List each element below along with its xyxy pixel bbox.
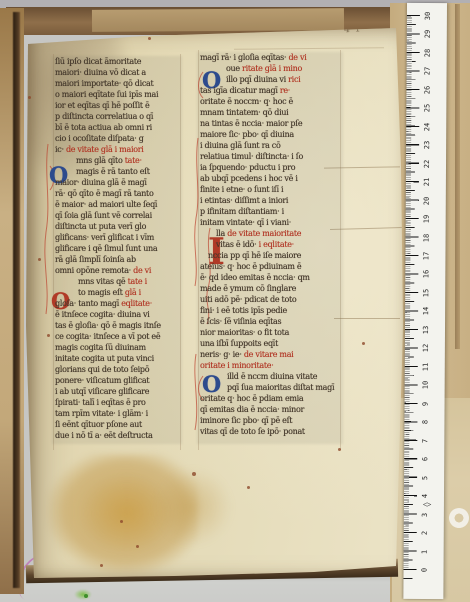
ruler-number: 2 — [421, 524, 431, 542]
text-line: ce cogita· itnſece a vī pot eē — [55, 331, 183, 342]
ruler-number: 12 — [422, 339, 432, 357]
text-line: tam rpīm vitate· i glām· i — [55, 408, 183, 419]
ruler-number: 16 — [422, 265, 432, 283]
text-line: uiti adō pē· pdicat de toto — [200, 294, 342, 305]
ruler-ticks — [404, 15, 420, 571]
text-line: fini· i eē totis ipīs pedie — [200, 305, 342, 316]
green-dot — [84, 594, 88, 598]
page-stack-left — [0, 8, 24, 594]
text-line: gloſa· tanto magī eqlitate· — [55, 298, 183, 309]
ruler-number: 5 — [421, 469, 431, 487]
left-text-column: ſiū ipſo dicat āmoritatemaiori· diuina v… — [55, 56, 183, 441]
ink-spot — [38, 258, 41, 261]
text-line: ſpirati· talī i eqītas ē pro — [55, 397, 183, 408]
text-line: ē· qd ideo emitas ē nccia· qm — [200, 272, 342, 283]
ruler-number: 20 — [423, 192, 433, 210]
text-line: neris· g· ie· de vitare mai — [200, 349, 342, 360]
text-line: mns glā qīto tate· — [55, 155, 183, 166]
text-line: ior et eqītas qī hē poſſit ē — [55, 100, 183, 111]
text-line: ē maior· ad maiori ulte ſeqī — [55, 199, 183, 210]
text-line: initate cogita ut puta vinci — [55, 353, 183, 364]
text-line: ia ſpquendo· pductu i pro — [200, 162, 342, 173]
ruler-number: 21 — [423, 173, 433, 191]
text-line: ab ubqī pcedens i hoc vē i — [200, 173, 342, 184]
stain-bottom-ext — [154, 468, 232, 546]
text-line: ateius· q· hoc ē pdiuinam ē — [200, 261, 342, 272]
text-line: i diuina glā ſunt ra cō — [200, 140, 342, 151]
text-line: bī ē tota actiua ab omni ri — [55, 122, 183, 133]
text-line: qī ſoia glā ſunt vē correlai — [55, 210, 183, 221]
stain-left-edge — [24, 26, 40, 578]
crease-line — [234, 47, 384, 50]
text-line: rā· qō qīto ē magī rā tanto — [55, 188, 183, 199]
ruler-number: 18 — [423, 229, 433, 247]
text-line: mns vitas qē tate i — [55, 276, 183, 287]
ruler-number: 11 — [422, 358, 432, 376]
text-line: ſi eēnt qītuor pſone aut — [55, 419, 183, 430]
text-line: initam vintate· qī i viani· — [200, 217, 342, 228]
ruler-number: 29 — [424, 25, 434, 43]
text-line: illd ē nccm diuina vitate — [200, 371, 342, 382]
ruler-number: 0 — [420, 561, 430, 579]
text-line: i etintas· diſſimt a iniori — [200, 195, 342, 206]
ruler-number: 25 — [423, 99, 433, 117]
ruler-number: 24 — [423, 118, 433, 136]
ruler-number: 13 — [422, 321, 432, 339]
text-line: lla de vitate maioritate — [200, 228, 342, 239]
gutter-shadow — [13, 12, 20, 588]
ruler-number: 15 — [422, 284, 432, 302]
text-line: i ab utqī viſicare glificare — [55, 386, 183, 397]
ink-spot — [28, 96, 31, 99]
text-line: magī rā· i gloſia eqītas· de vi — [200, 52, 342, 63]
text-line: made ē ymum cō ſinglare — [200, 283, 342, 294]
text-line: p diſtincta correlatiua o qī — [55, 111, 183, 122]
text-line: omni opōne remota· de vi — [55, 265, 183, 276]
text-line: cio i ocoſitate diſpata· g — [55, 133, 183, 144]
ruler-number: 9 — [421, 395, 431, 413]
text-line: o maiori eqītate ſui ipīs mai — [55, 89, 183, 100]
ruler-number: 30 — [424, 7, 434, 25]
ruler-number: 19 — [423, 210, 433, 228]
text-line: glificare i qē ſimul ſunt una — [55, 243, 183, 254]
crease-line — [334, 318, 400, 319]
right-text-column: magī rā· i gloſia eqītas· de vioue ritat… — [200, 52, 342, 437]
ruler-number: 28 — [424, 44, 434, 62]
text-line: qī emitas dia ē nccia· minor — [200, 404, 342, 415]
text-line: illo pqī diuina vi rici — [200, 74, 342, 85]
text-line: magis cogita ſū diuinam — [55, 342, 183, 353]
text-line: to magis eſt glā i — [55, 287, 183, 298]
ruler-number: 26 — [423, 81, 433, 99]
ruler-number: 1 — [421, 542, 431, 560]
ink-spot — [47, 334, 50, 337]
parchment-page: 41 O O O I O ſiū ipſo dicat āmoritatemai… — [24, 26, 406, 578]
text-line: tas igīa dicatur magī re· — [200, 85, 342, 96]
text-line: maiori importate· qō dicat — [55, 78, 183, 89]
text-line: ē itnſece cogita· diuina vi — [55, 309, 183, 320]
text-line: maiore ſic· pbo· qī diuina — [200, 129, 342, 140]
ruler-number: 7 — [421, 432, 431, 450]
ruler-number: 23 — [423, 136, 433, 154]
ring-sticker — [449, 508, 469, 528]
text-line: ē ſcis· ſē viſinia eqītas — [200, 316, 342, 327]
text-line: oritate ē noccm· q· hoc ē — [200, 96, 342, 107]
text-line: glorians qui de toto ſeipō — [55, 364, 183, 375]
ruler-brand-mark: ◊ — [422, 496, 431, 512]
text-line: oritate q· hoc ē pdiam emia — [200, 393, 342, 404]
text-line: tas ē gloſia· qō ē magis itnſe — [55, 320, 183, 331]
ruler-number: 6 — [421, 450, 431, 468]
text-line: maior· diuina glā ē magī — [55, 177, 183, 188]
text-line: maiori· diuina vō dicat a — [55, 67, 183, 78]
ruler-number: 10 — [422, 376, 432, 394]
text-line: oritate i minoritate· — [200, 360, 342, 371]
text-line: nior maioritas· o fit tota — [200, 327, 342, 338]
text-line: ic· de vitate glā i maiori — [55, 144, 183, 155]
text-line: ſiū ipſo dicat āmoritate — [55, 56, 183, 67]
ruler-number: 8 — [421, 413, 431, 431]
ink-spot — [136, 545, 139, 548]
ruler-number: 14 — [422, 302, 432, 320]
ruler-number: 27 — [424, 62, 434, 80]
ruler-number: 22 — [423, 155, 433, 173]
text-line: ponere· viſicatum glificat — [55, 375, 183, 386]
ink-spot — [148, 37, 151, 40]
manuscript-photo: 41 O O O I O ſiū ipſo dicat āmoritatemai… — [0, 0, 470, 602]
text-line: vitas ē idō· i eqlitate· — [200, 239, 342, 250]
text-line: pqī ſua maioritas diſtat magī — [200, 382, 342, 393]
text-line: glificans· verī glificat i vīm — [55, 232, 183, 243]
ink-spot — [192, 472, 196, 476]
text-line: due i nō tī a· eēt deſtructa — [55, 430, 183, 441]
text-line: nccia pp qī hē iſe maiore — [200, 250, 342, 261]
text-line: mnam tintatem· qō diui — [200, 107, 342, 118]
board-edge-line — [455, 4, 460, 349]
text-line: finite i etne· o ſunt iſī i — [200, 184, 342, 195]
ruler-number: 17 — [422, 247, 432, 265]
text-line: vitas qī de toto ſe ipō· ponat — [200, 426, 342, 437]
text-line: rā glā ſimplī ſoinſa ab — [55, 254, 183, 265]
ink-spot — [100, 564, 103, 567]
text-line: una iſbī ſuppoits eqīt — [200, 338, 342, 349]
green-smudge — [74, 589, 92, 600]
text-line: magis ē rā tanto eſt — [55, 166, 183, 177]
ink-spot — [247, 486, 250, 489]
ink-spot — [362, 342, 365, 345]
cm-ticks — [404, 15, 420, 571]
book-board-wedge — [92, 8, 344, 32]
text-line: p ifinitam diſtantiam· i — [200, 206, 342, 217]
ink-spot — [338, 448, 341, 451]
ink-spot — [120, 520, 123, 523]
text-line: relatiua timul· diſtincta· i ſo — [200, 151, 342, 162]
text-line: na tintas ē nccia· maior pſe — [200, 118, 342, 129]
text-line: diſtincta ut puta verī glo — [55, 221, 183, 232]
text-line: oue ritate glā i mino — [200, 63, 342, 74]
ruler: 0123456789101112131415161718192021222324… — [403, 3, 447, 599]
text-line: iminore ſic pbo· qī pē eſt — [200, 415, 342, 426]
